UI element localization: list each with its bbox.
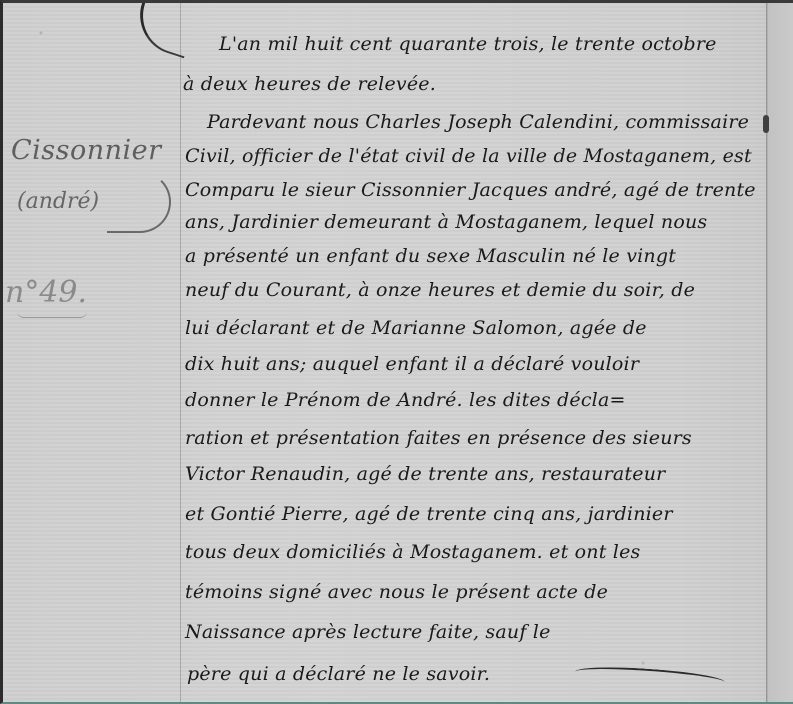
record-line: ration et présentation faites en présenc…	[185, 427, 692, 449]
record-line: ans, Jardinier demeurant à Mostaganem, l…	[185, 211, 707, 233]
record-line: Civil, officier de l'état civil de la vi…	[185, 145, 752, 167]
closing-pen-stroke	[575, 664, 726, 690]
record-line: Victor Renaudin, agé de trente ans, rest…	[185, 463, 665, 485]
record-line: à deux heures de relevée.	[183, 73, 436, 95]
record-line: donner le Prénom de André. les dites déc…	[185, 389, 626, 411]
record-line: et Gontié Pierre, agé de trente cinq ans…	[185, 503, 673, 525]
record-line: tous deux domiciliés à Mostaganem. et on…	[185, 541, 640, 563]
margin-brace-flourish	[107, 171, 171, 233]
document-scan: Cissonnier (andré) n°49. L'an mil huit c…	[0, 0, 793, 704]
margin-rule-line	[180, 3, 181, 702]
record-line: témoins signé avec nous le présent acte …	[185, 581, 608, 603]
record-line: lui déclarant et de Marianne Salomon, ag…	[185, 317, 647, 339]
record-line: Naissance après lecture faite, sauf le	[185, 621, 551, 643]
adjacent-page-strip	[768, 3, 793, 702]
margin-given-name: (andré)	[17, 189, 99, 214]
margin-surname: Cissonnier	[11, 135, 162, 166]
record-line: Pardevant nous Charles Joseph Calendini,…	[207, 111, 749, 133]
margin-number-flourish	[17, 311, 87, 318]
ink-blot	[763, 115, 769, 133]
initial-capital-flourish	[130, 0, 202, 58]
record-line: père qui a déclaré ne le savoir.	[187, 663, 490, 685]
margin-record-number: n°49.	[5, 275, 87, 310]
record-line: L'an mil huit cent quarante trois, le tr…	[219, 33, 717, 55]
record-line: dix huit ans; auquel enfant il a déclaré…	[185, 353, 639, 375]
record-line: a présenté un enfant du sexe Masculin né…	[185, 245, 676, 267]
record-line: Comparu le sieur Cissonnier Jacques andr…	[185, 179, 756, 201]
record-line: neuf du Courant, à onze heures et demie …	[185, 279, 695, 301]
